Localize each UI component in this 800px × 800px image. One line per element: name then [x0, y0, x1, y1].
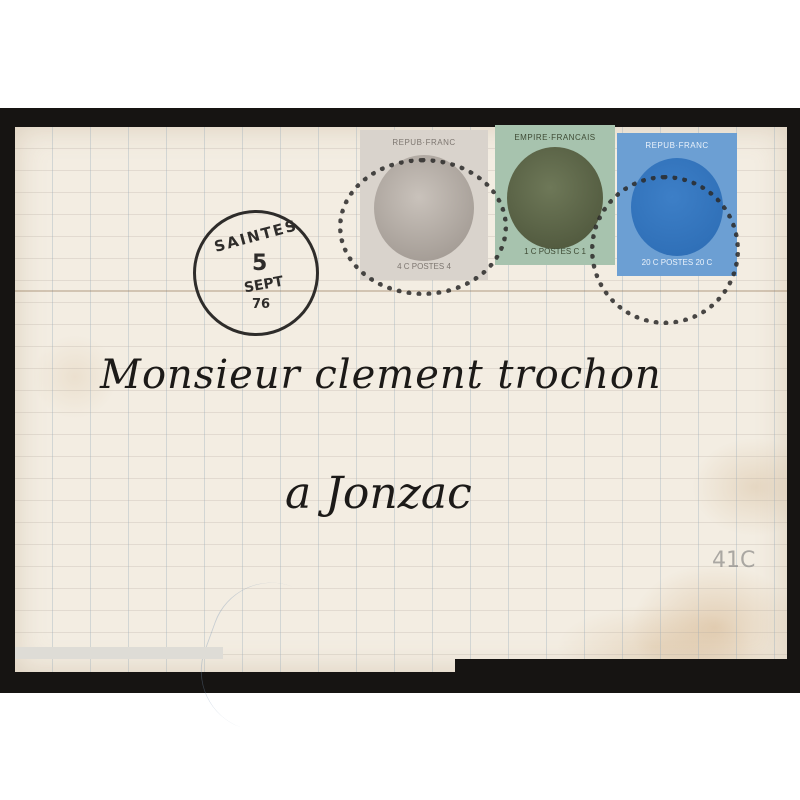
address-line-2: a Jonzac — [285, 468, 472, 519]
postmark-day: 5 — [252, 251, 267, 276]
stamp-top-text: EMPIRE·FRANCAIS — [498, 133, 612, 142]
napoleon-portrait-icon — [507, 147, 603, 249]
torn-corner — [455, 659, 787, 672]
town-postmark: SAINTES 5 SEPT 76 — [193, 210, 319, 336]
stamp-top-text: REPUB·FRANC — [620, 141, 734, 150]
dotted-cancellation — [590, 175, 740, 325]
postmark-month: SEPT — [243, 274, 285, 297]
inner-sheet-edge — [15, 647, 223, 659]
dotted-cancellation — [338, 158, 508, 296]
pencil-note: 41C — [712, 548, 755, 573]
address-line-1: Monsieur clement trochon — [100, 352, 662, 398]
postmark-year: 76 — [252, 297, 270, 312]
stamp-top-text: REPUB·FRANC — [363, 138, 485, 147]
